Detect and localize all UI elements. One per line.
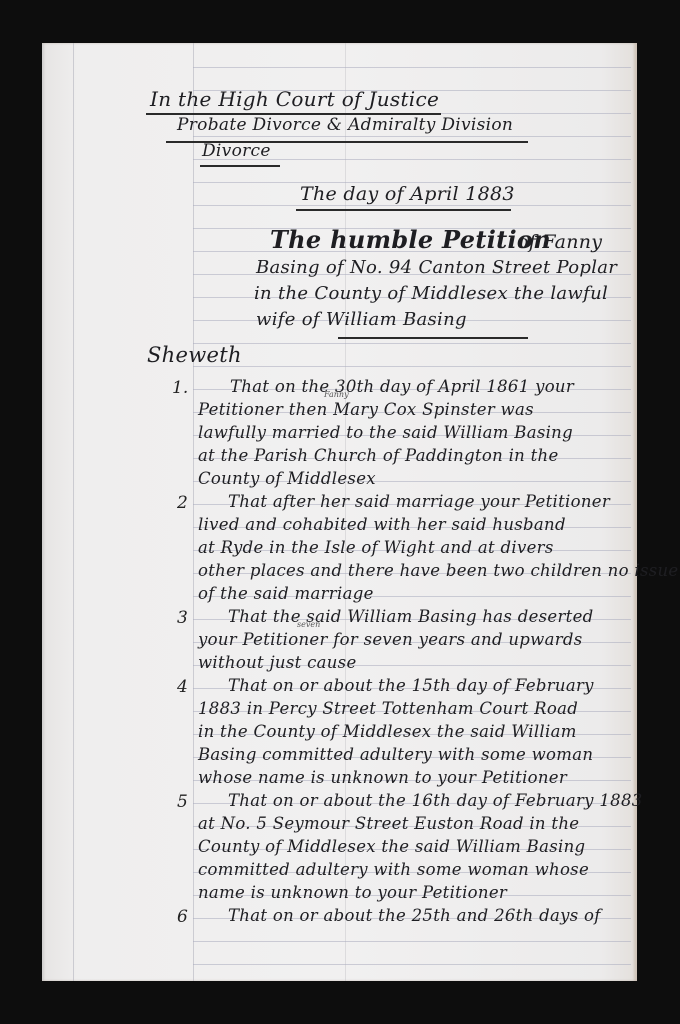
subdivision-heading: Divorce: [202, 141, 271, 161]
paragraph-line: Basing committed adultery with some woma…: [198, 745, 593, 764]
inserted-word: seven: [297, 620, 320, 629]
date-line: The day of April 1883: [300, 183, 515, 205]
paragraph-line: County of Middlesex the said William Bas…: [198, 837, 585, 856]
petition-title: The humble Petition: [270, 225, 551, 254]
paragraph-line: That after her said marriage your Petiti…: [228, 492, 610, 511]
paragraph-line: lived and cohabited with her said husban…: [198, 515, 566, 534]
sheweth-heading: Sheweth: [147, 343, 242, 367]
paragraph-line: That on the 30th day of April 1861 your: [230, 377, 574, 396]
paragraph-number: 4: [177, 677, 188, 697]
left-margin-line: [73, 43, 74, 981]
paragraph-line: That on or about the 15th day of Februar…: [228, 676, 594, 695]
paragraph-number: 2: [177, 493, 188, 513]
paragraph-number: 1.: [172, 378, 188, 398]
paragraph-line: of the said marriage: [198, 584, 374, 603]
petitioner-first-name: of Fanny: [517, 231, 602, 253]
paragraph-line: name is unknown to your Petitioner: [198, 883, 507, 902]
paragraph-line: whose name is unknown to your Petitioner: [198, 768, 567, 787]
paragraph-line: That on or about the 16th day of Februar…: [228, 791, 643, 810]
paragraph-line: at Ryde in the Isle of Wight and at dive…: [198, 538, 554, 557]
title-underline: [338, 337, 528, 339]
paragraph-number: 5: [177, 792, 188, 812]
division-heading: Probate Divorce & Admiralty Division: [177, 115, 513, 135]
date-underline: [296, 209, 511, 211]
paragraph-line: at No. 5 Seymour Street Euston Road in t…: [198, 814, 579, 833]
petitioner-address: Basing of No. 94 Canton Street Poplar: [256, 257, 617, 278]
paragraph-line: your Petitioner for seven years and upwa…: [198, 630, 583, 649]
paragraph-line: without just cause: [198, 653, 357, 672]
paragraph-line: lawfully married to the said William Bas…: [198, 423, 573, 442]
paragraph-line: committed adultery with some woman whose: [198, 860, 589, 879]
inserted-word: Fanny: [324, 390, 349, 399]
paragraph-number: 6: [177, 907, 188, 927]
paragraph-number: 3: [177, 608, 188, 628]
respondent-line: wife of William Basing: [256, 309, 467, 330]
paragraph-line: Petitioner then Mary Cox Spinster was: [198, 400, 534, 419]
paragraph-line: That the said William Basing has deserte…: [228, 607, 594, 626]
paragraph-line: 1883 in Percy Street Tottenham Court Roa…: [198, 699, 578, 718]
paragraph-line: other places and there have been two chi…: [198, 561, 678, 580]
paragraph-line: in the County of Middlesex the said Will…: [198, 722, 577, 741]
paragraph-line: County of Middlesex: [198, 469, 376, 488]
petitioner-county: in the County of Middlesex the lawful: [254, 283, 608, 304]
paragraph-line: That on or about the 25th and 26th days …: [228, 906, 601, 925]
document-page: In the High Court of Justice Probate Div…: [42, 43, 637, 981]
court-heading: In the High Court of Justice: [150, 87, 439, 111]
subdivision-underline: [200, 165, 280, 167]
paragraph-line: at the Parish Church of Paddington in th…: [198, 446, 559, 465]
